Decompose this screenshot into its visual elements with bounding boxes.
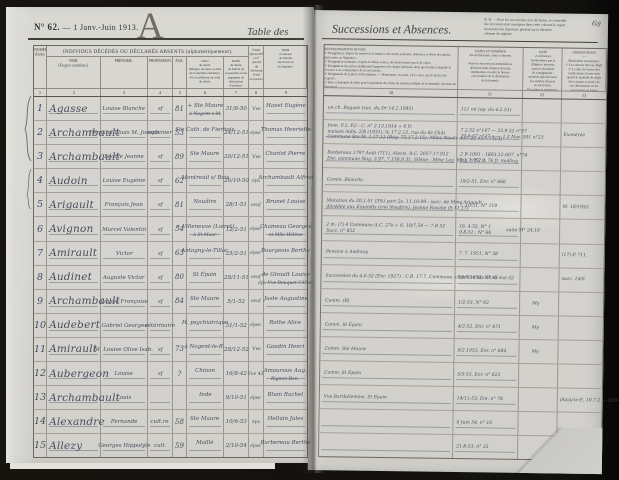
- cell-legataire: Charlot Pierre: [264, 145, 307, 168]
- cell-date: 28/11-51: [224, 266, 249, 289]
- column-number: 8: [249, 88, 264, 96]
- cell-renseignements: Comm. St Épain: [320, 361, 454, 386]
- cell-lieu: Ste Maure: [187, 145, 224, 168]
- cell-nom: Audinet: [47, 266, 101, 289]
- cell-date: 10/6-53: [224, 410, 249, 433]
- cell-consignation: [521, 243, 560, 267]
- cell-date: 12/2-51: [224, 217, 249, 240]
- cell-dates-numeros: 29/6.1952, N° 45: [455, 267, 520, 291]
- column-header-date: DATE du décès, de l'envoi en possession …: [224, 57, 249, 88]
- right-table-header: RENSEIGNEMENTS DIVERS. 1° Désignation, d…: [324, 45, 607, 100]
- column-number: 5: [173, 88, 187, 96]
- cell-profession: sf: [148, 266, 173, 289]
- cell-observations: [561, 148, 605, 172]
- cell-legataire: Gaudin Henri: [264, 338, 307, 361]
- column-number: 12: [523, 90, 562, 99]
- cell-consignation: [519, 364, 558, 388]
- cell-row-number: 6: [34, 217, 47, 240]
- cell-row-number: 14: [34, 410, 47, 433]
- right-table-body: un ch. Roguez (suc. du Dr 14.2.1945) 111…: [319, 96, 606, 460]
- column-header-renseignements: RENSEIGNEMENTS DIVERS. 1° Désignation, d…: [324, 45, 459, 89]
- table-row: 3 Archambault Léonie Jeanne sf 89 Ste Ma…: [34, 145, 307, 169]
- cell-age: 81: [173, 97, 187, 120]
- cell-nom: Audoin: [47, 169, 101, 192]
- table-row: 9 Archambault Louise Françoise sf 84 Ste…: [34, 290, 307, 314]
- cell-profession: sf: [148, 97, 173, 120]
- table-row: 12 Aubergeon Louise sf ? Chinon 16/8-42 …: [34, 362, 307, 386]
- cell-legataire: Havet Eugène: [264, 97, 307, 120]
- cell-consignation: [522, 123, 561, 147]
- cell-etat: Vve 43: [249, 362, 264, 385]
- cell-row-number: 12: [34, 362, 47, 385]
- cell-profession: [148, 386, 173, 409]
- cell-nom: Amirault: [47, 338, 101, 361]
- column-number: 4: [148, 88, 173, 96]
- cell-date: 9/10-51: [224, 386, 249, 409]
- cell-renseignements: [319, 409, 453, 434]
- cell-profession: sf: [148, 362, 173, 385]
- cell-lieu: Chinon: [187, 362, 224, 385]
- header-rule: [28, 38, 304, 40]
- cell-legataire: Brunet Louise: [264, 193, 307, 216]
- table-row: 11 Amirault M. Louise Olive Isab. sf 73 …: [34, 338, 307, 362]
- cell-legataire: Blum Rachel: [264, 386, 307, 409]
- cell-prenoms: Victor: [101, 242, 148, 265]
- right-table: RENSEIGNEMENTS DIVERS. 1° Désignation, d…: [318, 44, 608, 461]
- cell-observations: [561, 172, 605, 196]
- cell-observations: Exonérée: [561, 124, 605, 148]
- cell-dates-numeros: 2 B 1001 : 1803.12.607, n°74 leg. n°67 ±…: [457, 146, 522, 170]
- left-table-header: NUMÉROS d'ordre. INDIVIDUS DÉCÉDÉS OU DÉ…: [34, 46, 307, 97]
- cell-lieu: Maillé: [187, 434, 224, 457]
- table-row: 5 Arigault François Jean sf 81 Nouâtre 2…: [34, 193, 307, 217]
- cell-date: 5/1-52: [224, 290, 249, 313]
- cell-prenoms: Louise Blanche: [101, 97, 148, 120]
- cell-age: 84: [173, 290, 187, 313]
- cell-profession: sf: [148, 290, 173, 313]
- left-table: NUMÉROS d'ordre. INDIVIDUS DÉCÉDÉS OU DÉ…: [33, 45, 308, 458]
- cell-date: 24/12-51: [224, 121, 249, 144]
- cell-dates-numeros: 9/2.1953, Enr. n° 684: [454, 339, 519, 363]
- cell-observations: [562, 99, 606, 123]
- cell-row-number: 1: [34, 97, 47, 120]
- cell-dates-numeros: 5/3-53, Enr. n° 623: [454, 363, 519, 387]
- cell-row-number: 3: [34, 145, 47, 168]
- column-header-dates-numeros: DATES ET NUMÉROS des déclarations, dans …: [458, 47, 524, 90]
- right-page: Successions et Absences. N. B. — Pour le…: [308, 10, 608, 474]
- cell-legataire: Juste Augustine: [264, 290, 307, 313]
- cell-renseignements: Comm. St Épain: [321, 313, 455, 338]
- cell-consignation: [522, 171, 561, 195]
- cell-profession: sf: [148, 145, 173, 168]
- cell-legataire: Amouroux Aug.Bignon-Ren.: [264, 362, 307, 385]
- table-row: 14 Alexandre Fernande cult.re 58 Ste Mau…: [34, 410, 307, 434]
- cell-lieu: Antogny-le-Tillac: [187, 242, 224, 265]
- cell-profession: sf: [148, 193, 173, 216]
- cell-prenoms: Louise Françoise: [101, 290, 148, 313]
- cell-observations: (Azay-le-P., 10.7.2 — 31/5-53): [558, 389, 602, 413]
- table-row: 7 Amirault Victor sf 63 Antogny-le-Tilla…: [34, 242, 307, 266]
- index-letter: A: [137, 5, 164, 48]
- cell-nom: Arigault: [47, 193, 101, 216]
- cell-observations: [560, 220, 604, 244]
- table-row: 1 Agasse Louise Blanche sf 81 + Ste Maur…: [34, 97, 307, 121]
- cell-renseignements: Succession du 4.6.52 (Enr. 1927) : C.B. …: [321, 265, 455, 290]
- cell-row-number: 2: [34, 121, 47, 144]
- cell-renseignements: Comm. Ste Maure: [320, 337, 454, 362]
- cell-age: ?: [173, 362, 187, 385]
- cell-legataire: Barbereau Berthe: [264, 434, 307, 457]
- document-number: N° 62. — 1 Janv.-Juin 1913.: [34, 22, 139, 32]
- cell-date: 25/2-51: [224, 242, 249, 265]
- cell-renseignements: 2 m. (7) 4 Commune A.C. 27e + 6, 10/7.54…: [322, 217, 456, 242]
- column-header-prenoms: PRÉNOMS.: [101, 57, 148, 88]
- cell-age: 81: [173, 193, 187, 216]
- left-table-body: 1 Agasse Louise Blanche sf 81 + Ste Maur…: [34, 97, 307, 457]
- cell-etat: Vve: [249, 145, 264, 168]
- right-page-title: Successions et Absences.: [332, 22, 452, 38]
- cell-consignation: [519, 388, 558, 412]
- cell-legataire: Helluin Jules: [264, 410, 307, 433]
- cell-profession: sf: [148, 169, 173, 192]
- cell-renseignements: Vve Barthélemine, St Épain: [320, 385, 454, 410]
- column-header-profession: PROFESSION.: [148, 57, 173, 88]
- cell-renseignements: un ch. Roguez (suc. du Dr 14.2.1945): [324, 96, 458, 121]
- cell-etat: Vve: [249, 97, 264, 120]
- cell-nom: Agasse: [47, 97, 101, 120]
- cell-row-number: 9: [34, 290, 47, 313]
- cell-consignation: My: [520, 292, 559, 316]
- column-header-etat: ÉTAT, QUALITÉ et n° spécial du déclarant…: [249, 46, 264, 88]
- cell-prenoms: Léonie Jeanne: [101, 145, 148, 168]
- cell-lieu: Inde: [187, 386, 224, 409]
- cell-legataire: Rothe Alice: [264, 314, 307, 337]
- cell-lieu: Ste Maure: [187, 410, 224, 433]
- column-header-legataire: NOM et adresse de l'époux survivant ou d…: [264, 46, 307, 88]
- cell-date: 28/1-51: [224, 193, 249, 216]
- left-page-title: Table des: [247, 26, 288, 38]
- table-band-title: INDIVIDUS DÉCÉDÉS OU DÉCLARÉS ABSENTS (a…: [47, 46, 249, 57]
- cell-age: 62: [173, 169, 187, 192]
- table-row: 6 Avignon Marcel Valentin sf 54 + Villen…: [34, 217, 307, 241]
- column-header-age: ÂGE.: [173, 57, 187, 88]
- cell-age: 80: [173, 266, 187, 289]
- cell-etat: épse: [249, 434, 264, 457]
- cell-lieu: St Épain: [187, 266, 224, 289]
- cell-observations: [559, 292, 603, 316]
- left-page: N° 62. — 1 Janv.-Juin 1913. A Table des …: [6, 7, 314, 463]
- cell-row-number: 4: [34, 169, 47, 192]
- cell-lieu: Montreuil s/ Bois: [187, 169, 224, 192]
- cell-nom: Avignon: [47, 217, 101, 240]
- cell-row-number: 7: [34, 242, 47, 265]
- cell-dates-numeros: 1/2-53, N° 62: [455, 291, 520, 315]
- cell-lieu: H. psychiatrique: [187, 314, 224, 337]
- cell-renseignements: [319, 433, 453, 458]
- column-number: 6: [187, 88, 224, 96]
- column-number: 1: [34, 88, 47, 96]
- table-row: 13 Archambault Louis Inde 9/10-51 épse B…: [34, 386, 307, 410]
- cell-renseignements: Mutation du 20.1.01 (3%) part 2e, 11.10.…: [322, 193, 456, 218]
- column-number: 7: [224, 88, 249, 96]
- cell-nom: Allezy: [47, 434, 101, 457]
- cell-etat: veuf: [249, 193, 264, 216]
- cell-profession: sf: [148, 217, 173, 240]
- cell-dates-numeros: 14/11-53, Enr. n° 78: [454, 387, 519, 411]
- table-row: 8 Audinet Auguste Victor sf 80 St Épain …: [34, 266, 307, 290]
- cell-profession: cuisinier: [148, 121, 173, 144]
- cell-prenoms: Auguste Victor: [101, 266, 148, 289]
- cell-consignation: [523, 99, 562, 123]
- column-number: 11: [458, 89, 523, 98]
- cell-consignation: [522, 147, 561, 171]
- cell-date: 20/12-51: [224, 145, 249, 168]
- cell-consignation: My: [519, 340, 558, 364]
- cell-lieu: + Villeneuve (Loiret)à St-Maur: [187, 217, 224, 240]
- cell-renseignements: Bordereau 1797 Août (711), Alexis, A.C. …: [323, 144, 457, 169]
- cell-profession: sf: [148, 242, 173, 265]
- cell-renseignements: Pension à Andrezy.: [322, 241, 456, 266]
- cell-age: 53: [173, 121, 187, 144]
- table-row: 10 Audebert Gabriel Georges vétérinaire …: [34, 314, 307, 338]
- column-number: 9: [264, 88, 307, 96]
- table-row: 2 Archambault Fernand Louis M. Joseph cu…: [34, 121, 307, 145]
- cell-legataire: Thomas Henriette: [264, 121, 307, 144]
- cell-row-number: 8: [34, 266, 47, 289]
- cell-etat: épx: [249, 169, 264, 192]
- cell-prenoms: Georges Hippolyte: [101, 434, 148, 457]
- cell-age: [173, 386, 187, 409]
- column-header-consignation: DATE et références mentionnées par la di…: [523, 48, 563, 91]
- document-scan: N° 62. — 1 Janv.-Juin 1913. A Table des …: [0, 0, 619, 480]
- cell-age: 59: [173, 434, 187, 457]
- cell-row-number: 13: [34, 386, 47, 409]
- cell-lieu: + Ste Maureà Nogent-s-M.: [187, 97, 224, 120]
- cell-observations: succ. 14/6: [559, 268, 603, 292]
- cell-date: 28/12-52: [224, 338, 249, 361]
- cell-observations: [558, 364, 602, 388]
- cell-dates-numeros: 6 Juin 54, n° 16: [453, 411, 518, 435]
- cell-nom: Aubergeon: [47, 362, 101, 385]
- cell-nom: Audebert: [47, 314, 101, 337]
- cell-observations: (17) P. 711.: [560, 244, 604, 268]
- cell-observations: [557, 413, 601, 437]
- cell-dates-numeros: 111 ml (op. du 4.2.51): [458, 98, 523, 122]
- table-row: 4 Audoin Louise Eugénie sf 62 Montreuil …: [34, 169, 307, 193]
- cell-etat: épse: [249, 121, 264, 144]
- cell-dates-numeros: 7.2.52 n°147 — 25.9.52 n°57 29.9-57 n°27…: [457, 122, 522, 146]
- cell-nom: Archambault: [47, 145, 101, 168]
- cell-date: 31/1-52: [224, 314, 249, 337]
- cell-age: 58: [173, 410, 187, 433]
- cell-row-number: 15: [34, 434, 47, 457]
- cell-lieu: Ste Cath. de Fierbois: [187, 121, 224, 144]
- cell-age: 89: [173, 145, 187, 168]
- cell-dates-numeros: 4/2-52, Enr. n° 671: [455, 315, 520, 339]
- cell-lieu: Ste Maure: [187, 290, 224, 313]
- cell-dates-numeros: 21.8-53, n° 33: [453, 435, 518, 459]
- cell-etat: Vve: [249, 338, 264, 361]
- cell-observations: M. 10/1952.: [560, 196, 604, 220]
- cell-renseignements: Comm. Blanche.: [323, 168, 457, 193]
- table-row: 21.8-53, n° 33: [319, 433, 601, 460]
- cell-date: 31/8-50: [224, 97, 249, 120]
- cell-profession: cult.: [148, 434, 173, 457]
- cell-lieu: à Nogent-le-R.: [187, 338, 224, 361]
- cell-dates-numeros: 7. 7. 1951, N° 58: [456, 243, 521, 267]
- cell-dates-numeros: 7. 10.51, N° 119: [456, 194, 521, 218]
- cell-observations: [557, 437, 601, 461]
- cell-prenoms: Fernand Louis M. Joseph: [101, 121, 148, 144]
- header-rule-right: [322, 38, 598, 43]
- doc-date-range: — 1 Janv.-Juin 1913.: [62, 23, 138, 32]
- cell-legataire: Archambault Alfred: [264, 169, 307, 192]
- cell-profession: cult.re: [148, 410, 173, 433]
- page-mark: 68: [591, 19, 601, 29]
- cell-observations: [558, 340, 602, 364]
- cell-date: 2/10-54: [224, 434, 249, 457]
- corner-note: N. B. — Pour les successions non déclaré…: [484, 17, 592, 37]
- cell-consignation: My: [520, 316, 559, 340]
- column-header-nom: NOM (En gros caractères.): [47, 57, 101, 88]
- cell-etat: épx: [249, 410, 264, 433]
- cell-profession: vétérinaire: [148, 314, 173, 337]
- cell-consignation: [518, 436, 557, 460]
- cell-consignation: [520, 268, 559, 292]
- cell-etat: épse: [249, 386, 264, 409]
- table-row: 15 Allezy Georges Hippolyte cult. 59 Mai…: [34, 434, 307, 457]
- column-number: 3: [101, 88, 148, 96]
- cell-prenoms: Marcel Valentin: [101, 217, 148, 240]
- cell-nom: Archambault: [47, 290, 101, 313]
- cell-prenoms: M. Louise Olive Isab.: [101, 338, 148, 361]
- cell-date: 16/8-42: [224, 362, 249, 385]
- cell-dates-numeros: 19/2-51, Enr. n° 666: [457, 170, 522, 194]
- cell-row-number: 11: [34, 338, 47, 361]
- cell-legataire: de Girault Louiseépx Vve Bouquet Céline: [264, 266, 307, 289]
- cell-nom: Amirault: [47, 242, 101, 265]
- cell-prenoms: François Jean: [101, 193, 148, 216]
- cell-consignation: suite M° 24.10: [521, 219, 560, 243]
- column-number: 2: [47, 88, 101, 96]
- cell-legataire: Chameau Georgeset Mlle Hélène: [264, 217, 307, 240]
- cell-row-number: 5: [34, 193, 47, 216]
- cell-renseignements: Comm. (B): [321, 289, 455, 314]
- doc-number-label: N° 62.: [34, 22, 60, 32]
- cell-legataire: Bourgeois Berthe: [264, 242, 307, 265]
- cell-prenoms: Louise Eugénie: [101, 169, 148, 192]
- column-header-observations: OBSERVATIONS. — Mentionner notamment : 1…: [562, 48, 607, 91]
- cell-etat: veuf: [249, 290, 264, 313]
- cell-nom: Archambault: [47, 386, 101, 409]
- column-number: 13: [562, 90, 606, 99]
- cell-consignation: [521, 195, 560, 219]
- cell-date: 26/10-50: [224, 169, 249, 192]
- cell-etat: épse: [249, 314, 264, 337]
- cell-renseignements: Imm. F.2, P.2 : C. n° 2.13.1914 + 6 fr. …: [323, 120, 457, 145]
- cell-observations: [559, 316, 603, 340]
- cell-lieu: Nouâtre: [187, 193, 224, 216]
- cell-consignation: [518, 412, 557, 436]
- cell-prenoms: Gabriel Georges: [101, 314, 148, 337]
- cell-row-number: 10: [34, 314, 47, 337]
- cell-nom: Alexandre: [47, 410, 101, 433]
- column-header-numero: NUMÉROS d'ordre.: [34, 46, 47, 88]
- column-header-lieu: LIEU du décès. Indiquer, en outre, le li…: [187, 57, 224, 88]
- cell-prenoms: Fernande: [101, 410, 148, 433]
